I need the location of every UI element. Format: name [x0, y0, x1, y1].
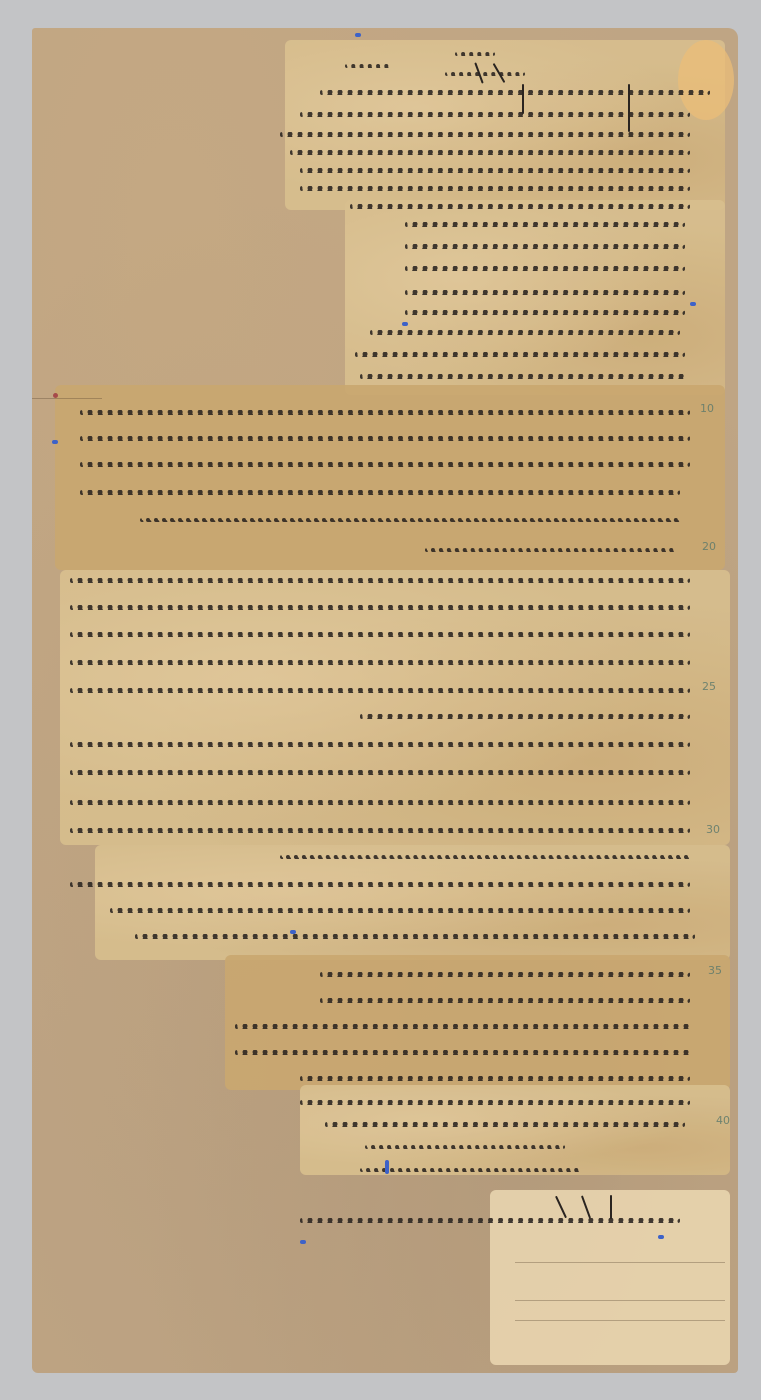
fragment-bottom	[300, 1085, 730, 1175]
line-number-35: 35	[708, 964, 722, 977]
line-number-25: 25	[702, 680, 716, 693]
line-number-20: 20	[702, 540, 716, 553]
line-number-30: 30	[706, 823, 720, 836]
fragment-upper-right	[345, 200, 725, 395]
fragment-lower	[95, 845, 730, 960]
line-number-40: 40	[716, 1114, 730, 1127]
stain-top-right	[678, 40, 734, 120]
line-number-10: 10	[700, 402, 714, 415]
